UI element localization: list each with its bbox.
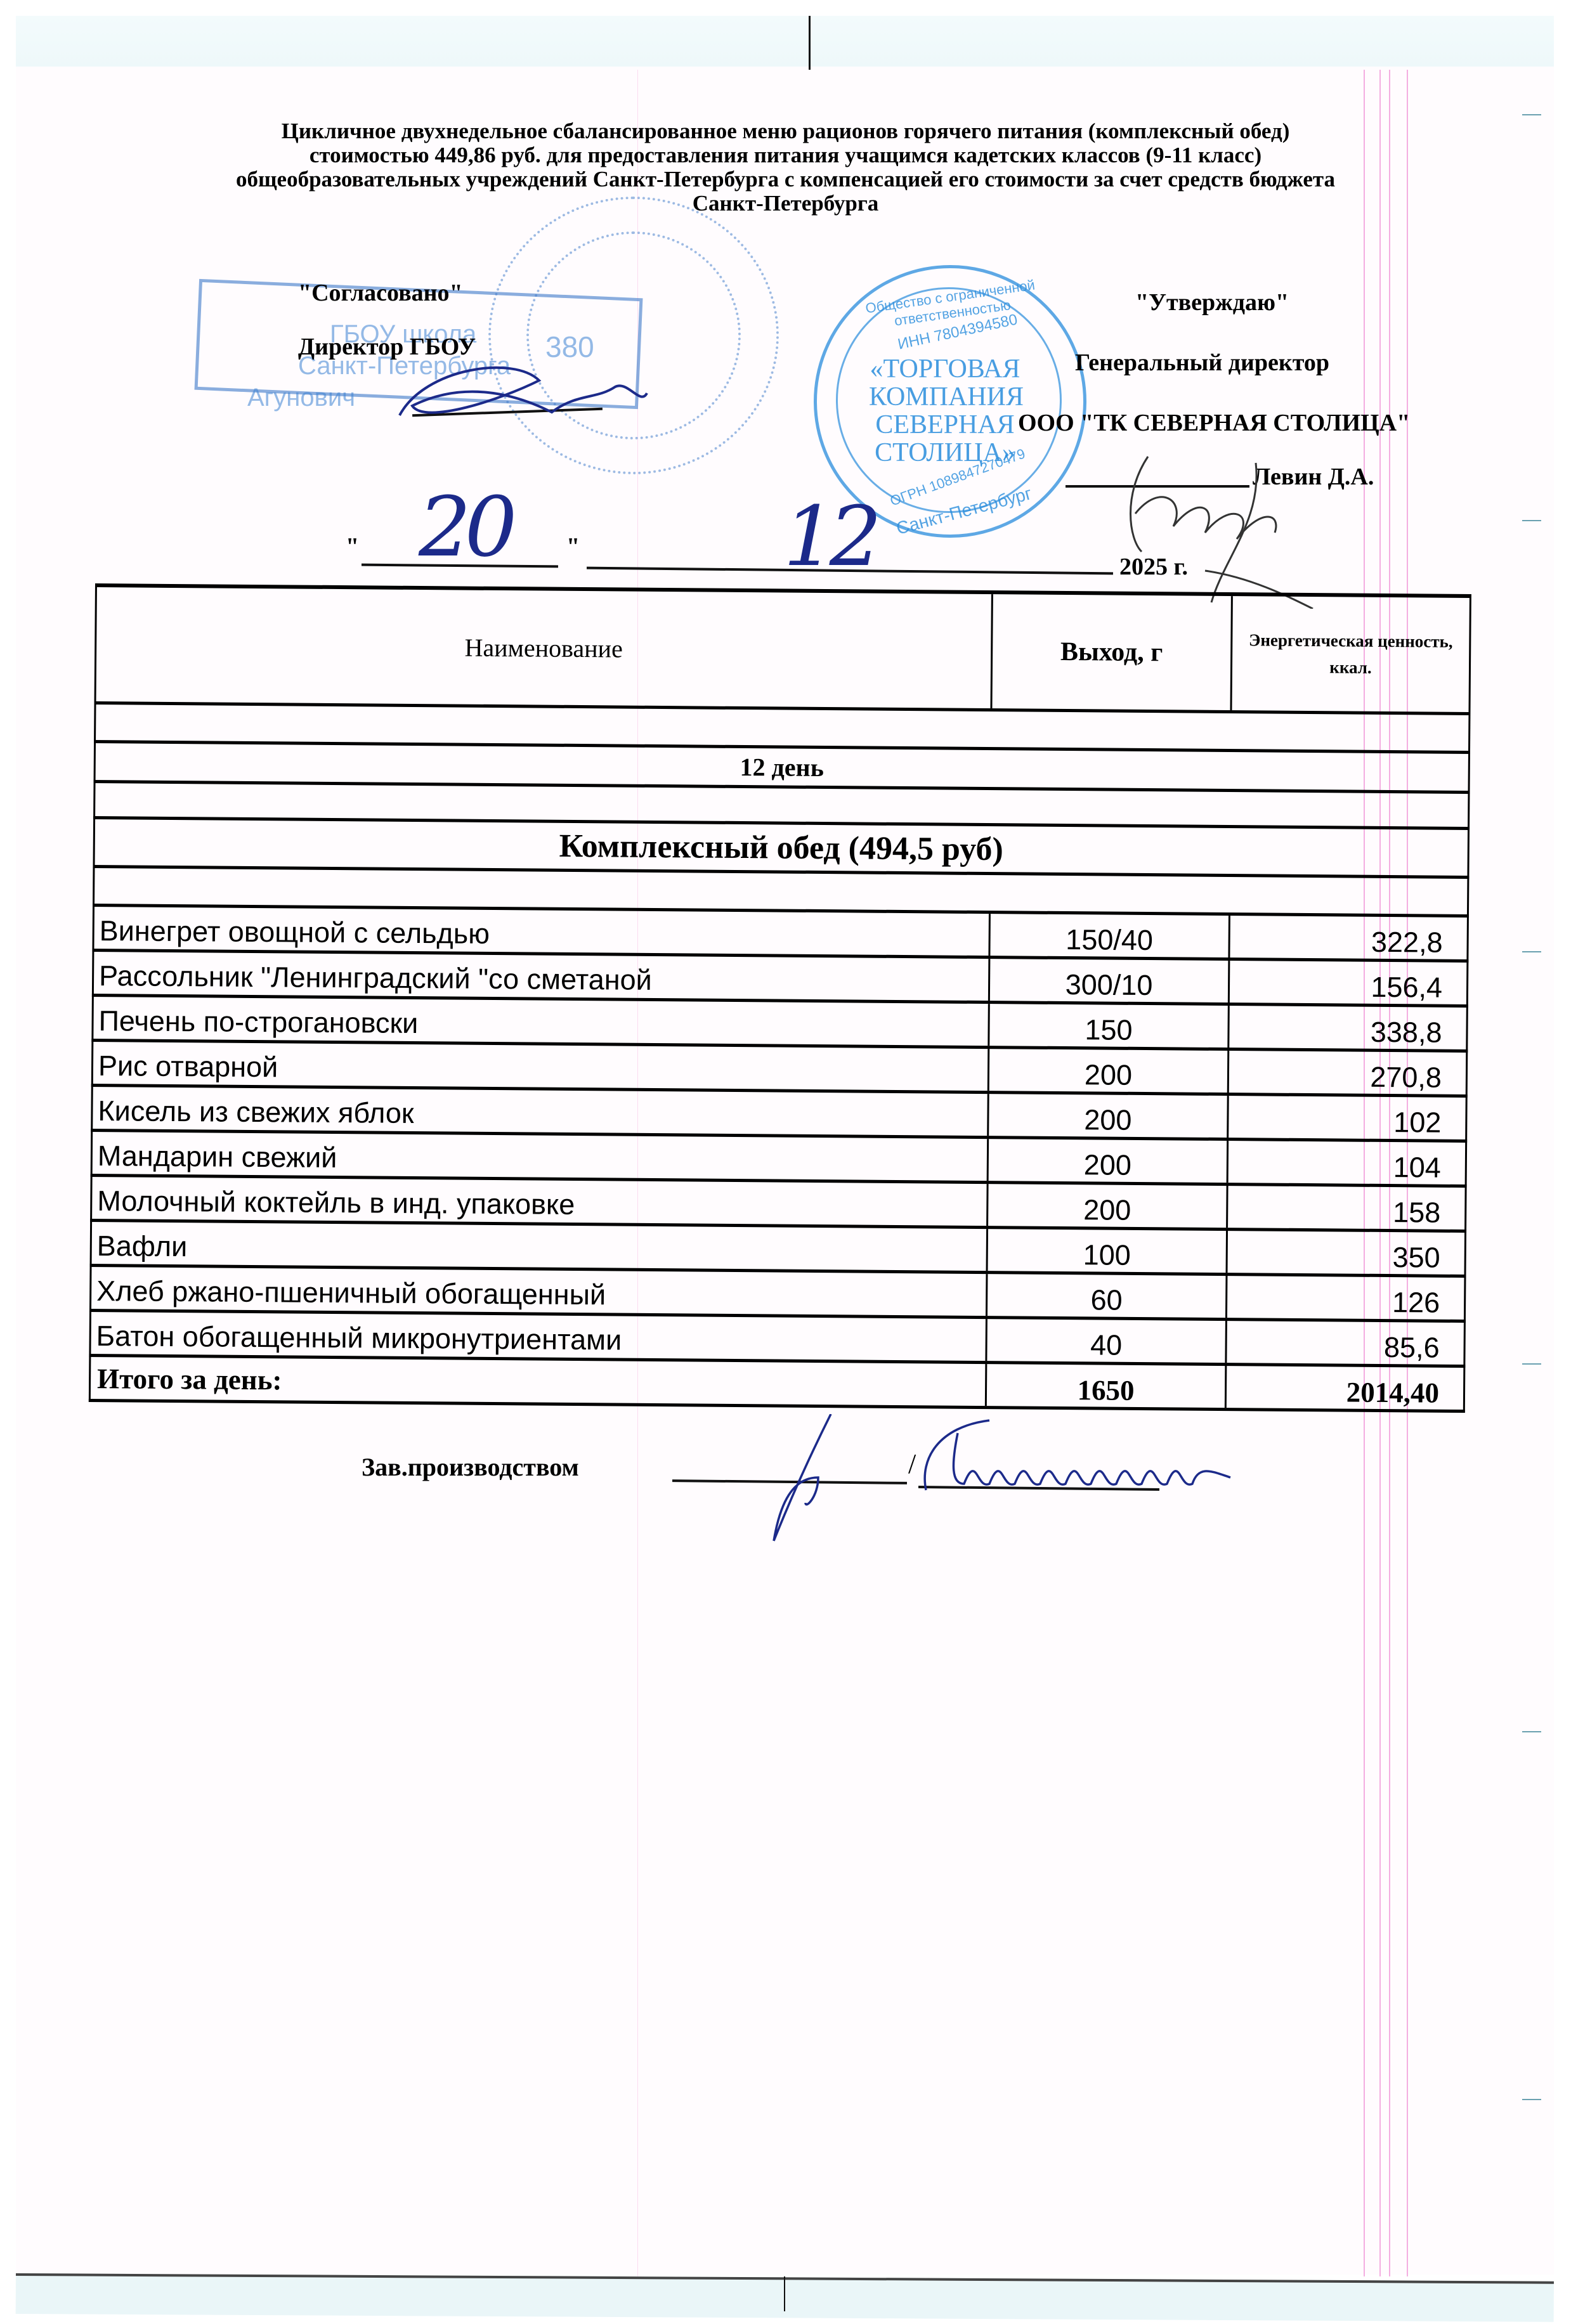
item-yield: 60 xyxy=(986,1274,1226,1318)
date-month: 12 xyxy=(783,488,875,585)
total-yield: 1650 xyxy=(985,1364,1225,1408)
item-energy: 85,6 xyxy=(1225,1321,1464,1365)
edge-mark xyxy=(1522,951,1541,952)
item-name: Рассольник "Ленинградский "со сметаной xyxy=(94,952,988,1001)
item-energy: 104 xyxy=(1227,1141,1466,1185)
item-name: Батон обогащенный микронутриентами xyxy=(91,1312,985,1361)
menu-table: Наименование Выход, г Энергетическая цен… xyxy=(89,583,1471,1413)
item-yield: 200 xyxy=(988,1049,1228,1093)
item-energy: 338,8 xyxy=(1227,1006,1466,1049)
signature-left xyxy=(387,355,653,431)
item-yield: 200 xyxy=(987,1139,1227,1183)
total-energy: 2014,40 xyxy=(1225,1366,1464,1410)
item-energy: 102 xyxy=(1227,1096,1466,1139)
header-name: Наименование xyxy=(96,587,991,708)
document-title-line-3: общеобразовательных учреждений Санкт-Пет… xyxy=(0,167,1571,191)
signature-right xyxy=(1110,444,1351,609)
approval-left-heading: "Согласовано" xyxy=(298,279,463,307)
stamp-name: «ТОРГОВАЯ КОМПАНИЯ СЕВЕРНАЯ СТОЛИЦА» xyxy=(869,355,1021,467)
header-energy: Энергетическая ценность, ккал. xyxy=(1230,596,1469,712)
approval-right-heading: "Утверждаю" xyxy=(1135,289,1289,316)
stamp-name-line-2: КОМПАНИЯ xyxy=(869,383,1021,411)
footer-signature xyxy=(748,1414,1268,1554)
item-energy: 350 xyxy=(1226,1231,1465,1275)
edge-mark xyxy=(1522,520,1541,521)
item-yield: 40 xyxy=(985,1319,1225,1363)
stamp-name-line-1: «ТОРГОВАЯ xyxy=(869,355,1021,383)
total-label: Итого за день: xyxy=(91,1357,985,1406)
stamp-rect-line-3: Агунович xyxy=(247,384,355,412)
edge-mark xyxy=(1522,2099,1541,2100)
item-yield: 200 xyxy=(987,1094,1227,1138)
item-energy: 158 xyxy=(1226,1186,1465,1230)
document-title-line-1: Цикличное двухнедельное сбалансированное… xyxy=(0,119,1571,143)
table-header-row: Наименование Выход, г Энергетическая цен… xyxy=(94,583,1471,715)
date-close-quote: " xyxy=(566,533,580,561)
approval-right-position: Генеральный директор xyxy=(1075,349,1329,377)
item-energy: 322,8 xyxy=(1228,916,1467,959)
item-rows: Винегрет овощной с сельдью150/40322,8Рас… xyxy=(89,907,1469,1368)
document-title-line-2: стоимостью 449,86 руб. для предоставлени… xyxy=(0,143,1571,167)
item-yield: 300/10 xyxy=(988,959,1229,1003)
item-name: Рис отварной xyxy=(93,1042,988,1091)
stamp-name-line-3: СЕВЕРНАЯ xyxy=(869,411,1021,439)
item-name: Мандарин свежий xyxy=(93,1132,987,1181)
item-yield: 150 xyxy=(988,1004,1228,1048)
scan-top-edge xyxy=(16,16,1554,70)
edge-mark xyxy=(1522,114,1541,115)
item-name: Молочный коктейль в инд. упаковке xyxy=(92,1177,986,1226)
edge-mark xyxy=(1522,1731,1541,1732)
edge-mark xyxy=(1522,1363,1541,1365)
item-energy: 270,8 xyxy=(1227,1051,1466,1094)
fold-mark-bottom xyxy=(784,2276,785,2311)
item-name: Кисель из свежих яблок xyxy=(93,1087,987,1136)
date-open-quote: " xyxy=(346,533,359,561)
item-name: Винегрет овощной с сельдью xyxy=(94,907,988,956)
document-title-line-4: Санкт-Петербурга xyxy=(0,192,1571,215)
date-day: 20 xyxy=(419,479,511,575)
footer-label: Зав.производством xyxy=(362,1452,579,1482)
item-name: Вафли xyxy=(92,1222,986,1271)
item-name: Хлеб ржано-пшеничный обогащенный xyxy=(91,1267,986,1316)
item-yield: 150/40 xyxy=(988,914,1229,958)
fold-mark-top xyxy=(809,16,811,70)
item-energy: 156,4 xyxy=(1228,961,1467,1004)
item-energy: 126 xyxy=(1225,1276,1464,1320)
date-year: 2025 г. xyxy=(1119,553,1188,581)
item-yield: 200 xyxy=(986,1184,1227,1228)
header-yield: Выход, г xyxy=(990,594,1230,710)
approval-right-organization: ООО "ТК СЕВЕРНАЯ СТОЛИЦА" xyxy=(1018,409,1410,437)
item-name: Печень по-строгановски xyxy=(93,997,988,1046)
item-yield: 100 xyxy=(986,1229,1227,1273)
